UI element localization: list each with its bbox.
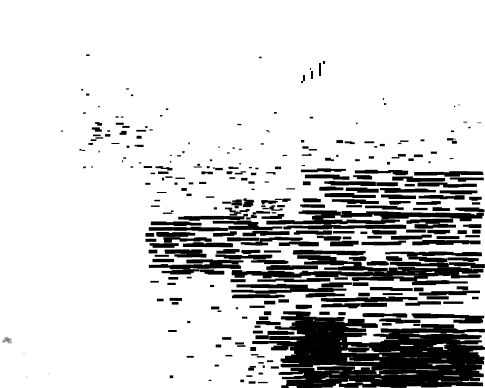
screenshot-root: [0, 0, 485, 388]
noise-texture-svg: [0, 0, 485, 388]
